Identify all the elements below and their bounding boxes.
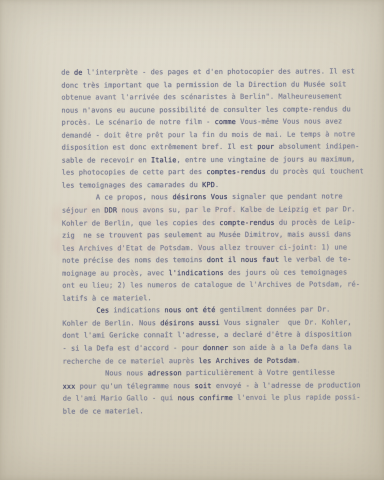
letter-body: de de l'interprète - des pages et d'en p… — [61, 65, 355, 418]
scanned-letter-page: de de l'interprète - des pages et d'en p… — [0, 0, 384, 480]
overstruck-text: désirons Vous — [172, 193, 227, 201]
overstruck-text: adresson — [148, 369, 182, 377]
text-line: de de l'interprète - des pages et d'en p… — [61, 65, 353, 79]
overstruck-text: Italie — [151, 156, 177, 164]
overstruck-text: les Archives de Potsdam — [199, 356, 297, 364]
text-line: disposition est donc extrêmement bref. I… — [62, 141, 354, 155]
overstruck-text: compte-rendus — [219, 218, 274, 226]
overstruck-text: pour — [257, 143, 274, 151]
overstruck-text: dont il nous faut — [207, 256, 279, 264]
text-line: Kohler de Berlin, que les copies des com… — [62, 216, 354, 230]
overstruck-text: comptes-rendus — [206, 168, 266, 176]
overstruck-text: donner — [203, 344, 229, 352]
overstruck-text: l'indications — [168, 269, 223, 277]
overstruck-text: comme — [215, 118, 236, 126]
text-line: les photocopies de cette part des compte… — [62, 166, 354, 180]
text-line: ble de ce materiel. — [63, 404, 355, 418]
text-line: ont eu lieu; 2) les numeros de catalogue… — [62, 279, 354, 293]
overstruck-text: DDR — [104, 206, 117, 214]
overstruck-text: désirons aussi — [160, 319, 220, 327]
text-line: demandé - doit être prêt pour la fin du … — [62, 128, 354, 142]
overstruck-text: soit — [195, 382, 212, 390]
overstruck-text: nous confirme — [178, 394, 233, 402]
overstruck-text: de — [74, 69, 83, 77]
text-line: de l'ami Mario Gallo - qui nous confirme… — [63, 392, 355, 406]
text-line: obtenue avant l'arrivée des scénaristes … — [61, 90, 353, 104]
overstruck-text: KPD — [202, 181, 215, 189]
text-line: les Archives d'Etat de Potsdam. Vous all… — [62, 241, 354, 255]
overstruck-text: nous ont été — [164, 306, 215, 314]
overstruck-text: Ces — [96, 307, 109, 315]
overstruck-text: xxx — [63, 382, 76, 390]
text-line: Nous nous adresson particulièrement à Vo… — [63, 366, 355, 380]
text-line: Kohler de Berlin. Nous désirons aussi Vo… — [62, 316, 354, 330]
